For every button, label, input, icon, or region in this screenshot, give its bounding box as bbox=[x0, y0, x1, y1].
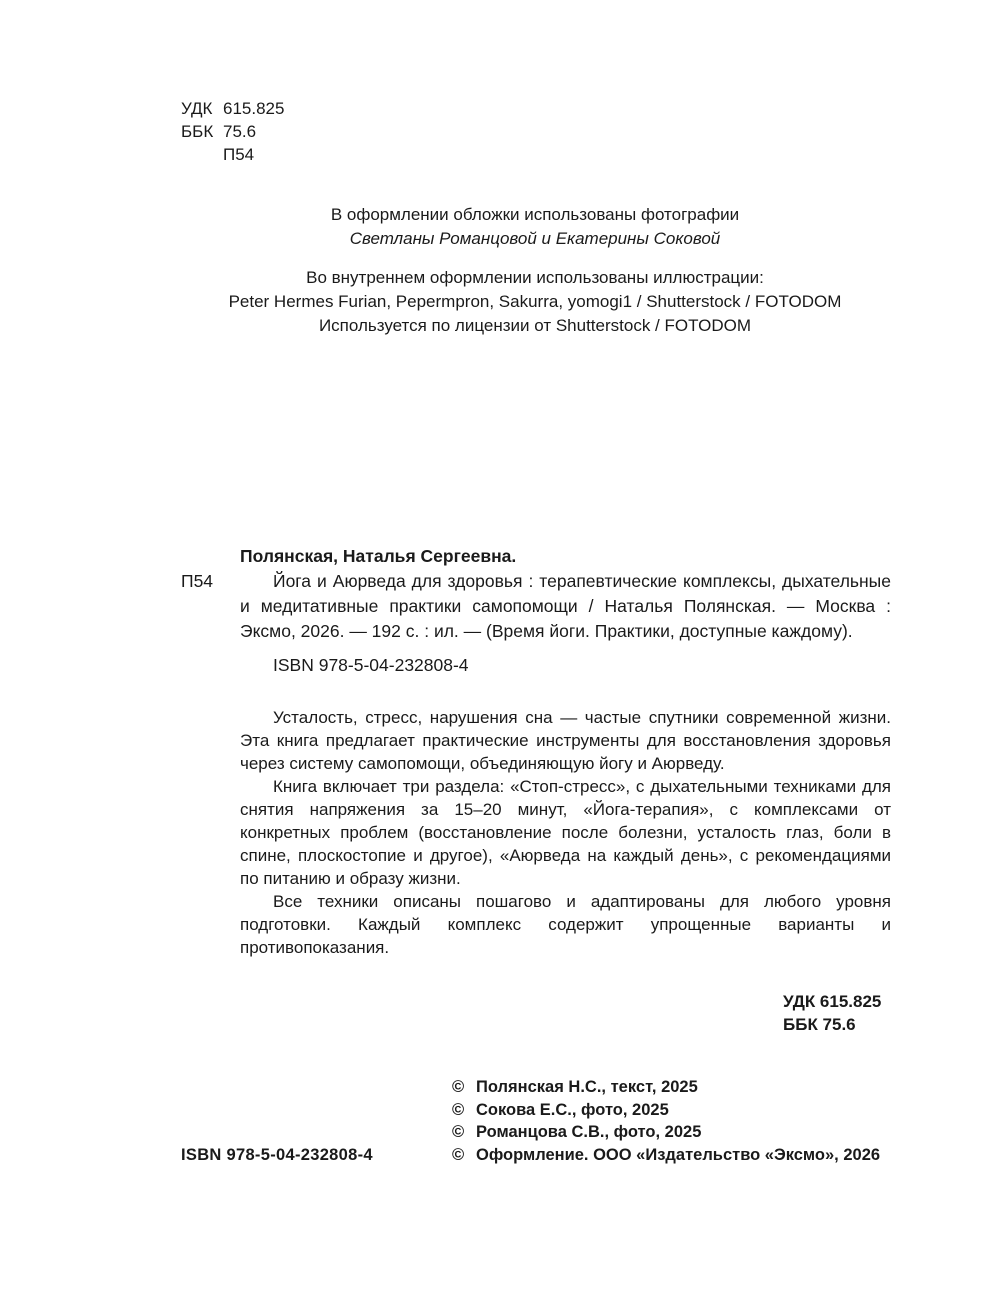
copyright-item: © Сокова Е.С., фото, 2025 bbox=[452, 1099, 880, 1122]
udk-label: УДК bbox=[181, 97, 223, 120]
copyright-item: © Полянская Н.С., текст, 2025 bbox=[452, 1076, 880, 1099]
author-mark: П54 bbox=[223, 143, 254, 166]
cover-photos-line: В оформлении обложки использованы фотогр… bbox=[150, 203, 920, 227]
copyright-icon: © bbox=[452, 1121, 476, 1144]
license-line: Используется по лицензии от Shutterstock… bbox=[150, 314, 920, 338]
classification-indices: УДК 615.825 ББК 75.6 П54 bbox=[181, 97, 284, 166]
author-mark-row: П54 bbox=[181, 143, 284, 166]
bibliographic-record: Полянская, Наталья Сергеевна. П54 Йога и… bbox=[181, 544, 891, 678]
isbn-bottom: ISBN 978-5-04-232808-4 bbox=[181, 1144, 373, 1167]
footer-bbk: ББК 75.6 bbox=[783, 1013, 881, 1036]
author-mark-code: П54 bbox=[181, 569, 213, 594]
udk-row: УДК 615.825 bbox=[181, 97, 284, 120]
bbk-label: ББК bbox=[181, 120, 223, 143]
description-text: Йога и Аюрведа для здоровья : терапевтич… bbox=[240, 571, 891, 641]
bbk-row: ББК 75.6 bbox=[181, 120, 284, 143]
annotation-paragraph: Усталость, стресс, нарушения сна — часты… bbox=[240, 706, 891, 775]
copyright-icon: © bbox=[452, 1144, 476, 1167]
illustrators: Peter Hermes Furian, Pepermpron, Sakurra… bbox=[150, 290, 920, 314]
footer-udk: УДК 615.825 bbox=[783, 990, 881, 1013]
footer-indices: УДК 615.825 ББК 75.6 bbox=[783, 990, 881, 1036]
copyright-item: © Романцова С.В., фото, 2025 bbox=[452, 1121, 880, 1144]
image-credits: В оформлении обложки использованы фотогр… bbox=[150, 203, 920, 338]
author-name: Полянская, Наталья Сергеевна. bbox=[181, 544, 891, 569]
isbn: ISBN 978-5-04-232808-4 bbox=[181, 653, 891, 678]
annotation-paragraph: Книга включает три раздела: «Стоп-стресс… bbox=[240, 775, 891, 890]
copyright-icon: © bbox=[452, 1076, 476, 1099]
cover-photographers: Светланы Романцовой и Екатерины Соковой bbox=[150, 227, 920, 251]
annotation-paragraph: Все техники описаны пошагово и адаптиров… bbox=[240, 890, 891, 959]
illustrations-line: Во внутреннем оформлении использованы ил… bbox=[150, 266, 920, 290]
copyright-icon: © bbox=[452, 1099, 476, 1122]
annotation: Усталость, стресс, нарушения сна — часты… bbox=[240, 706, 891, 959]
copyright-list: © Полянская Н.С., текст, 2025 © Сокова Е… bbox=[452, 1076, 880, 1166]
bbk-value: 75.6 bbox=[223, 120, 256, 143]
bibliographic-description: П54 Йога и Аюрведа для здоровья : терапе… bbox=[181, 569, 891, 644]
udk-value: 615.825 bbox=[223, 97, 284, 120]
copyright-item: © Оформление. ООО «Издательство «Эксмо»,… bbox=[452, 1144, 880, 1167]
